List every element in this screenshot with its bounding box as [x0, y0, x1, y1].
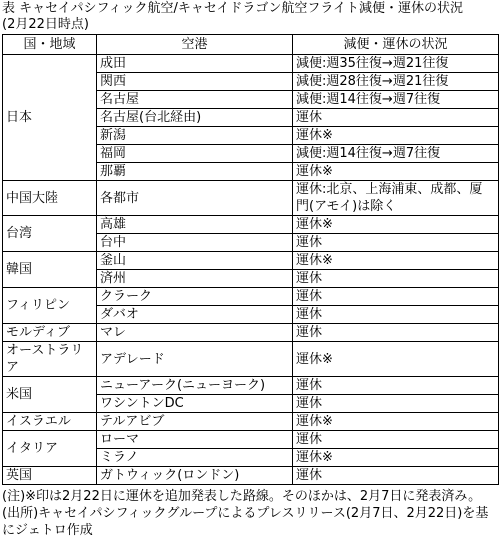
table-row: 台湾高雄運休※	[3, 216, 499, 234]
status-cell: 減便:週28往復→週21往復	[293, 73, 499, 91]
status-cell: 運休※	[293, 449, 499, 467]
status-cell: 運休	[293, 306, 499, 324]
status-cell: 運休※	[293, 163, 499, 181]
region-cell: 韓国	[3, 252, 97, 288]
region-cell: 台湾	[3, 216, 97, 252]
status-cell: 運休	[293, 288, 499, 306]
airport-cell: ローマ	[97, 431, 293, 449]
airport-cell: アデレード	[97, 342, 293, 377]
status-cell: 運休	[293, 234, 499, 252]
table-row: モルディブマレ運休	[3, 324, 499, 342]
region-cell: オーストラリア	[3, 342, 97, 377]
status-cell: 運休	[293, 377, 499, 395]
region-cell: 日本	[3, 55, 97, 181]
airport-cell: 名古屋(台北経由)	[97, 109, 293, 127]
status-cell: 運休	[293, 431, 499, 449]
region-cell: イスラエル	[3, 413, 97, 431]
status-cell: 運休:北京、上海浦東、成都、厦門(アモイ)は除く	[293, 181, 499, 216]
region-cell: 英国	[3, 467, 97, 485]
status-cell: 運休※	[293, 252, 499, 270]
region-cell: イタリア	[3, 431, 97, 467]
header-row: 国・地域 空港 減便・運休の状況	[3, 35, 499, 55]
airport-cell: 那覇	[97, 163, 293, 181]
table-row: フィリピンクラーク運休	[3, 288, 499, 306]
status-cell: 運休	[293, 270, 499, 288]
airport-cell: 釜山	[97, 252, 293, 270]
status-cell: 運休	[293, 395, 499, 413]
status-cell: 運休※	[293, 216, 499, 234]
airport-cell: 各都市	[97, 181, 293, 216]
airport-cell: テルアビブ	[97, 413, 293, 431]
table-row: イスラエルテルアビブ運休※	[3, 413, 499, 431]
source-text: (出所)キャセイパシフィックグループによるプレスリリース(2月7日、2月22日)…	[2, 505, 498, 538]
airport-cell: 関西	[97, 73, 293, 91]
table-title: 表 キャセイパシフィック航空/キャセイドラゴン航空フライト減便・運休の状況 (2…	[0, 0, 500, 33]
status-cell: 運休※	[293, 127, 499, 145]
status-cell: 減便:週14往復→週7往復	[293, 145, 499, 163]
status-cell: 運休	[293, 324, 499, 342]
header-airport: 空港	[97, 35, 293, 55]
airport-cell: ワシントンDC	[97, 395, 293, 413]
airport-cell: ダバオ	[97, 306, 293, 324]
header-region: 国・地域	[3, 35, 97, 55]
table-body: 日本成田減便:週35往復→週21往復関西減便:週28往復→週21往復名古屋減便:…	[3, 55, 499, 485]
airport-cell: 福岡	[97, 145, 293, 163]
region-cell: 中国大陸	[3, 181, 97, 216]
status-cell: 運休	[293, 109, 499, 127]
region-cell: 米国	[3, 377, 97, 413]
airport-cell: ガトウィック(ロンドン)	[97, 467, 293, 485]
table-title-line2: (2月22日時点)	[2, 17, 498, 33]
table-row: オーストラリアアデレード運休※	[3, 342, 499, 377]
airport-cell: ミラノ	[97, 449, 293, 467]
note-text: (注)※印は2月22日に運休を追加発表した路線。そのほかは、2月7日に発表済み。	[2, 488, 498, 505]
airport-cell: 高雄	[97, 216, 293, 234]
table-title-line1: 表 キャセイパシフィック航空/キャセイドラゴン航空フライト減便・運休の状況	[2, 1, 498, 17]
table-row: イタリアローマ運休	[3, 431, 499, 449]
status-cell: 運休	[293, 467, 499, 485]
status-cell: 運休※	[293, 342, 499, 377]
status-cell: 減便:週14往復→週7往復	[293, 91, 499, 109]
airport-cell: 成田	[97, 55, 293, 73]
table-row: 日本成田減便:週35往復→週21往復	[3, 55, 499, 73]
region-cell: フィリピン	[3, 288, 97, 324]
airport-cell: 名古屋	[97, 91, 293, 109]
flight-reduction-table: 国・地域 空港 減便・運休の状況 日本成田減便:週35往復→週21往復関西減便:…	[2, 34, 499, 485]
airport-cell: 済州	[97, 270, 293, 288]
airport-cell: 台中	[97, 234, 293, 252]
airport-cell: 新潟	[97, 127, 293, 145]
region-cell: モルディブ	[3, 324, 97, 342]
table-row: 米国ニューアーク(ニューヨーク)運休	[3, 377, 499, 395]
airport-cell: クラーク	[97, 288, 293, 306]
notes: (注)※印は2月22日に運休を追加発表した路線。そのほかは、2月7日に発表済み。…	[0, 485, 500, 538]
airport-cell: マレ	[97, 324, 293, 342]
table-row: 英国ガトウィック(ロンドン)運休	[3, 467, 499, 485]
header-status: 減便・運休の状況	[293, 35, 499, 55]
airport-cell: ニューアーク(ニューヨーク)	[97, 377, 293, 395]
table-row: 韓国釜山運休※	[3, 252, 499, 270]
status-cell: 運休※	[293, 413, 499, 431]
status-cell: 減便:週35往復→週21往復	[293, 55, 499, 73]
table-row: 中国大陸各都市運休:北京、上海浦東、成都、厦門(アモイ)は除く	[3, 181, 499, 216]
